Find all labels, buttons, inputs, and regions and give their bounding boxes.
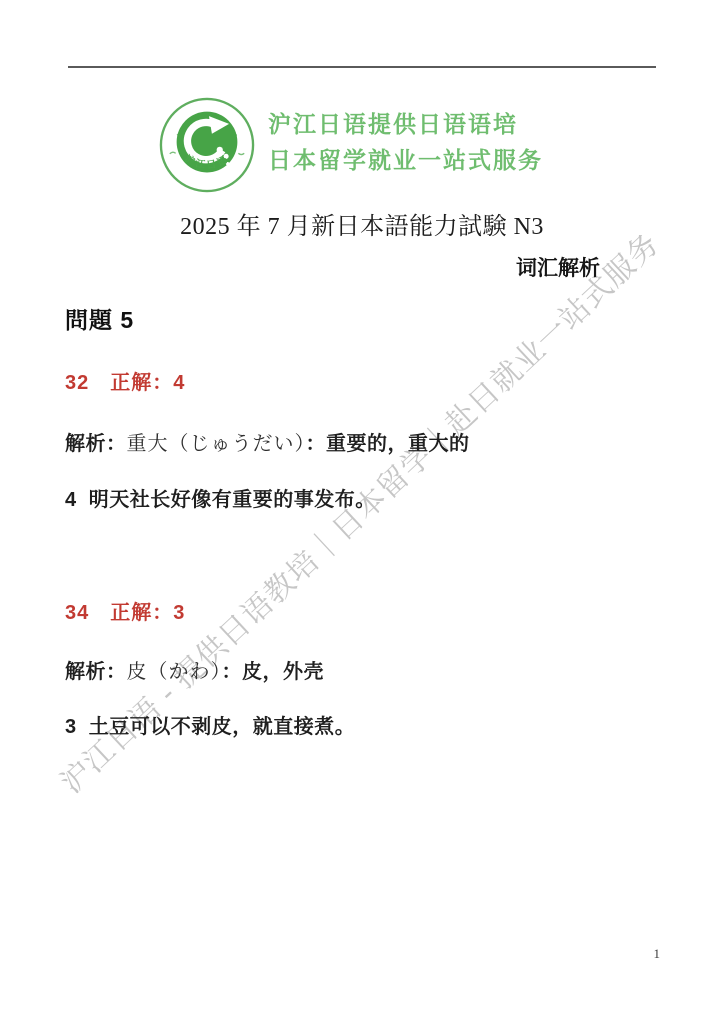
- explanation-line-34: 解析：皮（かわ）：皮，外壳: [65, 655, 324, 684]
- question-group-heading: 問題 5: [65, 302, 134, 335]
- tagline-line-1: 沪江日语提供日语语培: [268, 106, 543, 142]
- explanation-term: 重大（じゅうだい）: [127, 433, 306, 455]
- explanation-line-32: 解析：重大（じゅうだい）：重要的，重大的: [65, 427, 470, 456]
- answer-line-32: 32 正解：4: [65, 366, 185, 395]
- explanation-meaning: ：重要的，重大的: [306, 433, 470, 455]
- brand-logo-icon: 日本留学·就业直通车 沪江日语: [158, 96, 256, 194]
- header-divider-line: [68, 66, 656, 68]
- brand-tagline: 沪江日语提供日语语培 日本留学就业一站式服务: [268, 106, 543, 178]
- page-number: 1: [654, 946, 661, 962]
- example-sentence-32: 4 明天社长好像有重要的事发布。: [65, 483, 376, 512]
- brand-logo: 日本留学·就业直通车 沪江日语: [158, 96, 256, 194]
- explanation-term: 皮（かわ）: [127, 661, 222, 683]
- explanation-prefix: 解析：: [65, 661, 127, 683]
- document-title: 2025 年 7 月新日本語能力試験 N3: [0, 206, 724, 241]
- example-sentence-34: 3 土豆可以不剥皮，就直接煮。: [65, 710, 355, 739]
- content-layer: 日本留学·就业直通车 沪江日语: [0, 0, 724, 1024]
- answer-line-34: 34 正解：3: [65, 596, 185, 625]
- tagline-line-2: 日本留学就业一站式服务: [268, 142, 543, 178]
- document-page: 沪江日语 - 提供日语教培｜日本留学｜赴日就业一站式服务 日本留学·就业直通车: [0, 0, 724, 1024]
- explanation-prefix: 解析：: [65, 433, 127, 455]
- section-label-vocabulary: 词汇解析: [516, 252, 600, 282]
- explanation-meaning: ：皮，外壳: [222, 661, 325, 683]
